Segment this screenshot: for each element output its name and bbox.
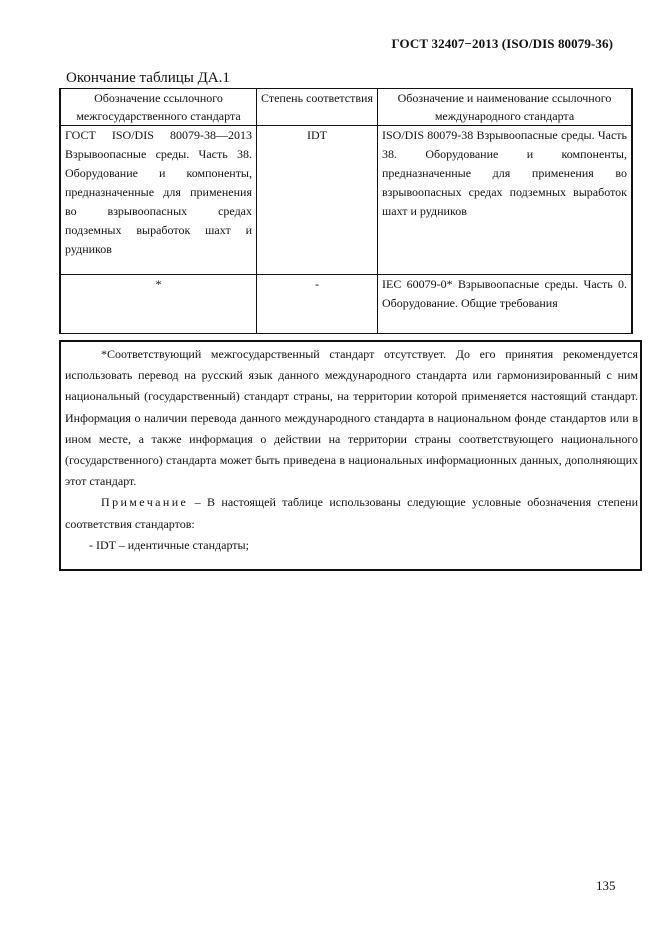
column-header-interstate: Обозначение ссылочного межгосударственно… [60,89,257,126]
page-number: 135 [596,878,616,894]
table-row: * - IEC 60079-0* Взрывоопасные среды. Ча… [60,275,632,334]
column-header-international: Обозначение и наименование ссылочного ме… [378,89,633,126]
remark-label: Примечание [101,495,188,509]
cell-international-standard: IEC 60079-0* Взрывоопасные среды. Часть … [378,275,633,334]
table-header-row: Обозначение ссылочного межгосударственно… [60,89,632,126]
column-header-degree: Степень соответствия [257,89,378,126]
table-row: ГОСТ ISO/DIS 80079-38—2013 Взрывоопасные… [60,126,632,275]
table-caption: Окончание таблицы ДА.1 [66,70,230,87]
cell-interstate-standard: ГОСТ ISO/DIS 80079-38—2013 Взрывоопасные… [60,126,257,275]
legend-item: - IDT – идентичные стандарты; [65,535,638,556]
reference-standards-table: Обозначение ссылочного межгосударственно… [59,88,633,334]
remark-paragraph: Примечание – В настоящей таблице использ… [65,492,638,534]
table-footnote-box: *Соответствующий межгосударственный стан… [59,340,642,571]
cell-interstate-standard: * [60,275,257,334]
document-header: ГОСТ 32407−2013 (ISO/DIS 80079-36) [391,36,613,52]
cell-international-standard: ISO/DIS 80079-38 Взрывоопасные среды. Ча… [378,126,633,275]
cell-degree: IDT [257,126,378,275]
cell-degree: - [257,275,378,334]
footnote-text: *Соответствующий межгосударственный стан… [65,344,638,492]
